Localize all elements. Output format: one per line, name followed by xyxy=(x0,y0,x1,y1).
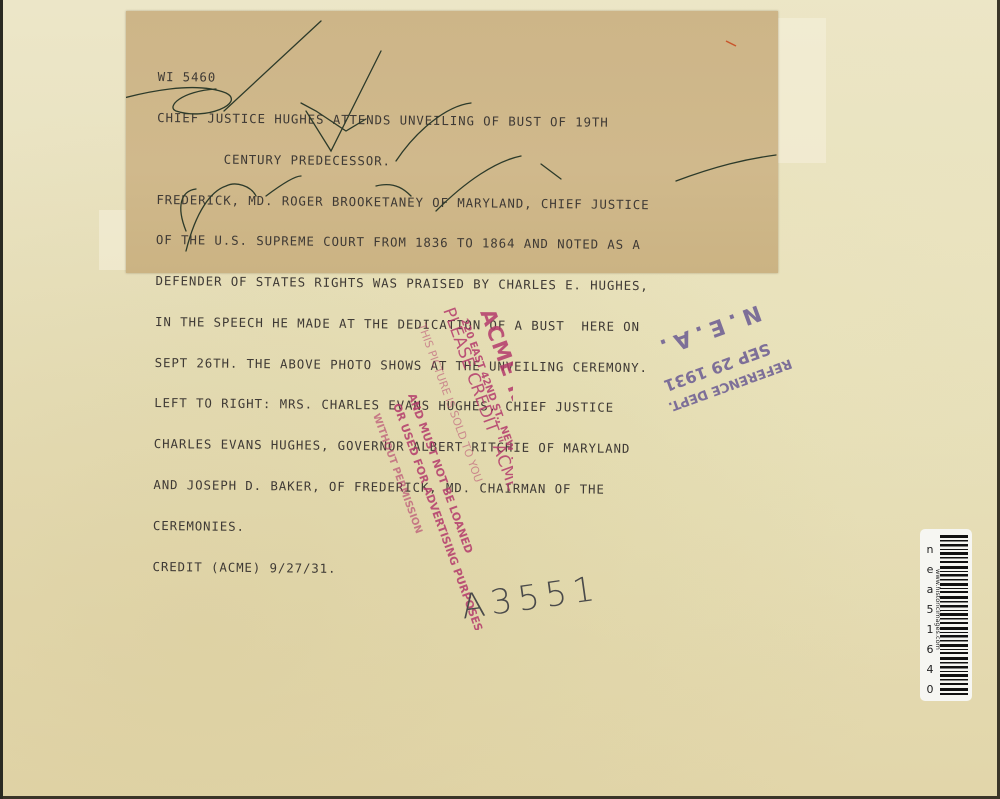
barcode-char: e xyxy=(927,563,934,576)
barcode-char: 4 xyxy=(927,663,934,676)
barcode-char: 1 xyxy=(927,623,934,636)
caption-headline: CENTURY PREDECESSOR. xyxy=(157,152,650,171)
tape-strip xyxy=(778,18,826,163)
barcode-url: www.historicimages.com xyxy=(934,569,942,650)
tape-strip xyxy=(99,210,129,270)
barcode-char: 6 xyxy=(927,643,934,656)
caption-line: WI 5460 xyxy=(158,70,651,89)
barcode-char: 0 xyxy=(927,683,934,696)
caption-headline: CHIEF JUSTICE HUGHES ATTENDS UNVEILING O… xyxy=(157,111,650,130)
barcode-char: a xyxy=(927,583,934,596)
barcode-char: 5 xyxy=(927,603,934,616)
acme-newspictures-stamp: ACME NEWSPICTURES, Inc 220 EAST 42ND ST.… xyxy=(193,290,513,630)
caption-line: OF THE U.S. SUPREME COURT FROM 1836 TO 1… xyxy=(156,233,649,252)
nea-reference-stamp: N.E.A. SEP 29 1931 REFERENCE DEPT. xyxy=(618,295,808,445)
photo-back-paper: WI 5460 CHIEF JUSTICE HUGHES ATTENDS UNV… xyxy=(3,0,1000,799)
caption-line: FREDERICK, MD. ROGER BROOKETANEY OF MARY… xyxy=(156,193,649,212)
caption-label: WI 5460 CHIEF JUSTICE HUGHES ATTENDS UNV… xyxy=(126,11,778,273)
barcode-char: n xyxy=(927,543,934,556)
barcode-icon xyxy=(940,535,968,695)
barcode-sticker: n e a 5 1 6 4 0 www.historicimages.com xyxy=(920,529,972,701)
